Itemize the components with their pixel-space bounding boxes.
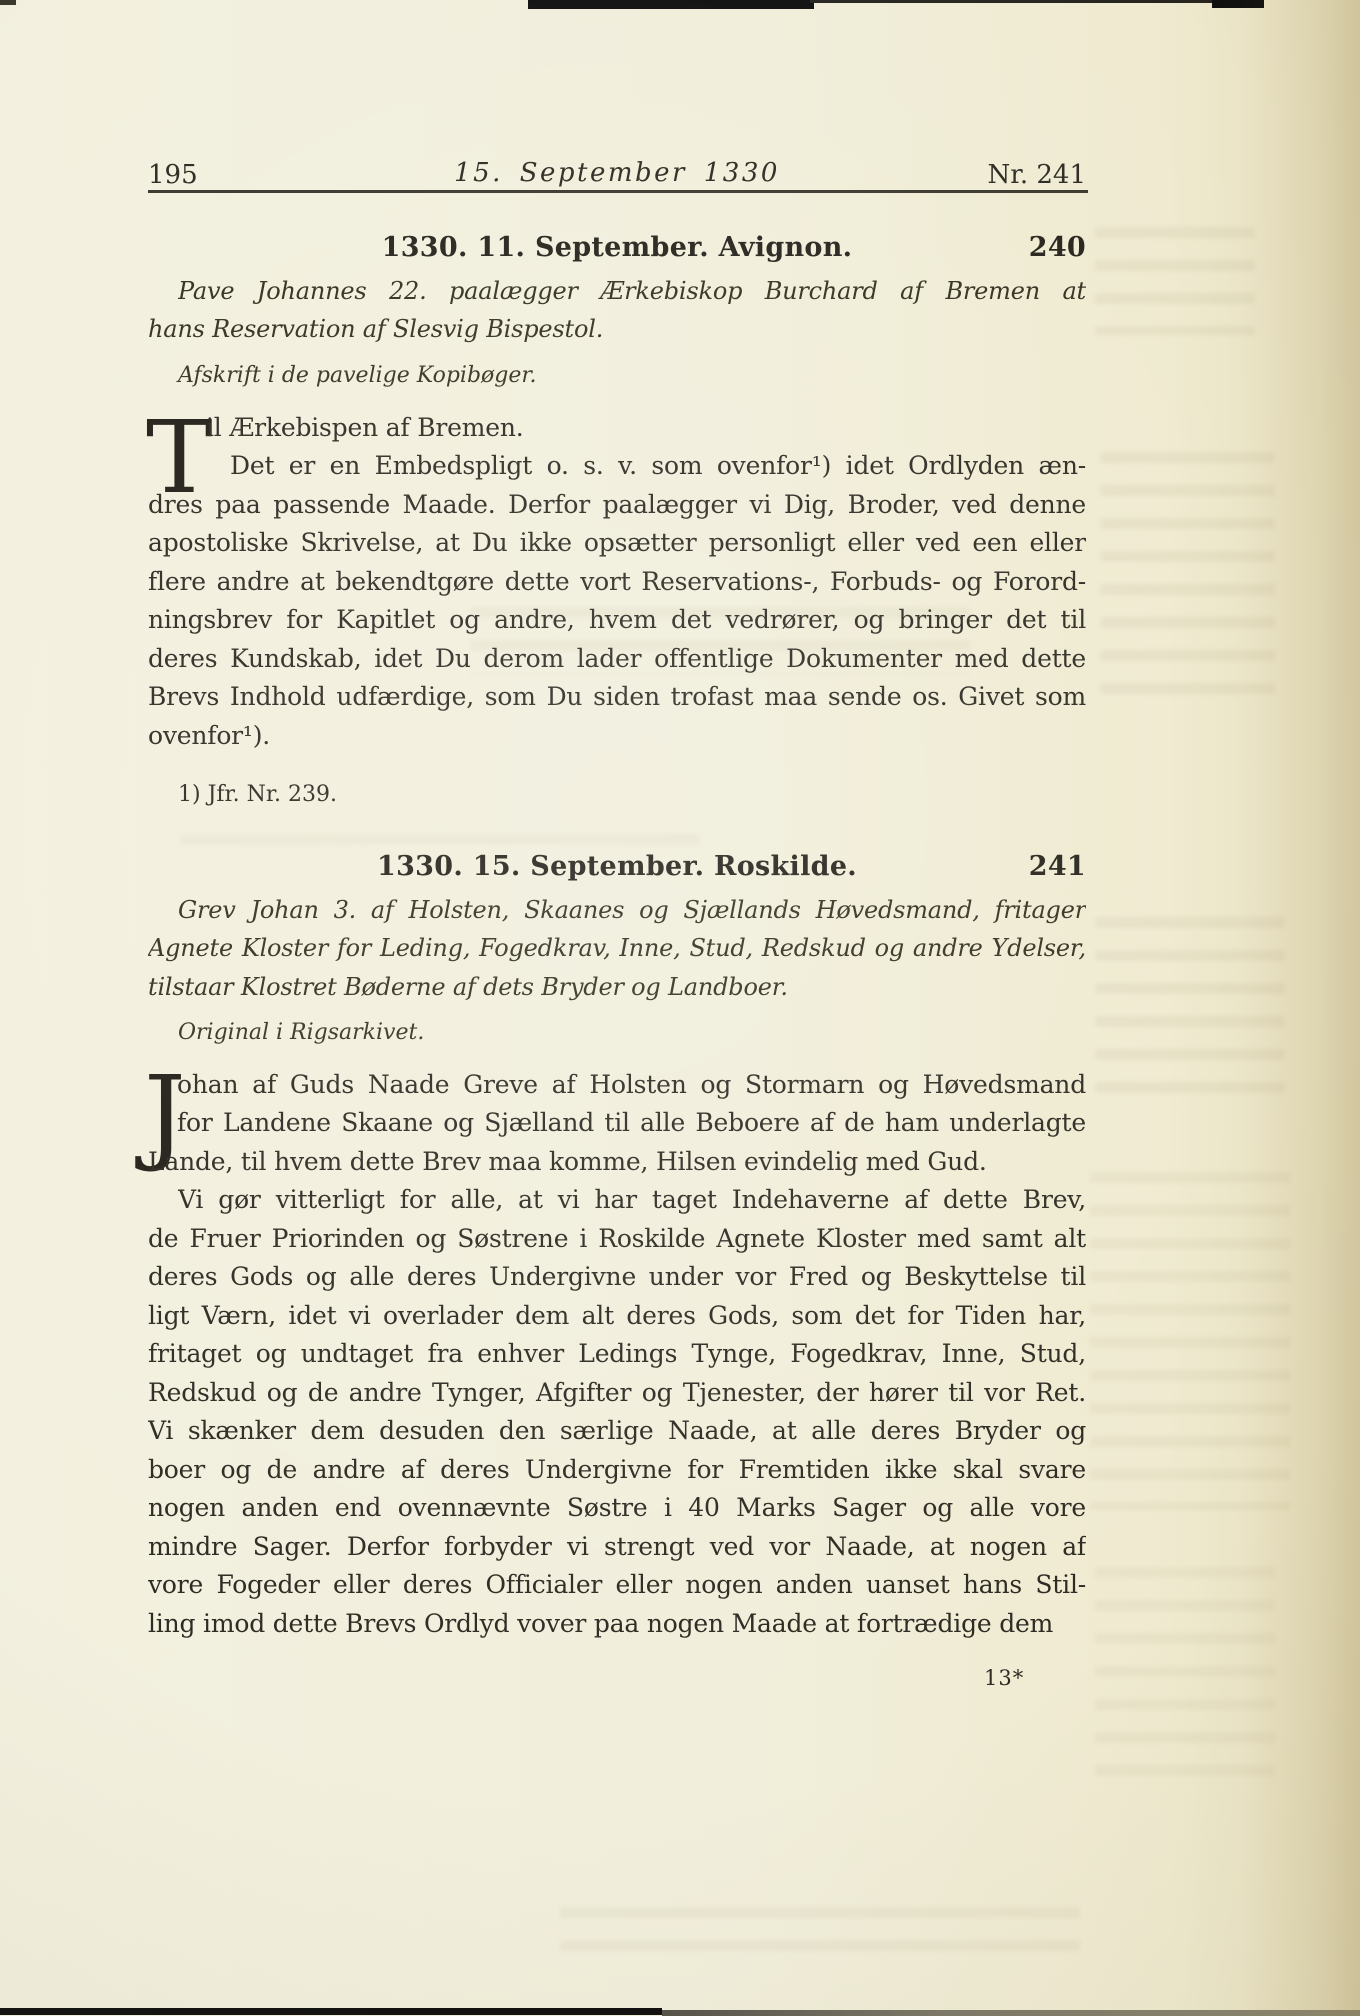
body-line: for Landene Skaane og Sjælland til alle … — [177, 1103, 1086, 1142]
bleed-through-patch — [1090, 1150, 1290, 1510]
entry-heading: 1330. 15. September. Roskilde. 241 — [148, 847, 1086, 886]
summary-line: tilstaar Klostret Bøderne af dets Bryder… — [148, 968, 788, 1007]
body-line: dres paa passende Maade. Derfor paalægge… — [148, 485, 1086, 524]
summary-line: Grev Johan 3. af Holsten, Skaanes og Sjæ… — [178, 891, 1086, 930]
book-page: 195 15. September 1330 Nr. 241 1330. 11.… — [0, 0, 1360, 2016]
entry-number: 240 — [1029, 228, 1086, 267]
bleed-through-patch — [1095, 205, 1255, 335]
summary-line: hans Reservation af Slesvig Bispestol. — [148, 310, 603, 349]
scan-bar-bottom-left — [0, 2008, 662, 2015]
body-line: deres Gods og alle deres Undergivne unde… — [148, 1257, 1086, 1296]
entry-footnote: 1) Jfr. Nr. 239. — [178, 779, 337, 811]
signature-mark: 13* — [984, 1666, 1024, 1690]
entry-heading: 1330. 11. September. Avignon. 240 — [148, 228, 1086, 267]
entry-source-note: Original i Rigsarkivet. — [178, 1017, 424, 1049]
body-line: vore Fogeder eller deres Officialer elle… — [148, 1565, 1086, 1604]
header-rule — [148, 190, 1088, 193]
body-line: il Ærkebispen af Bremen. — [206, 408, 524, 447]
bleed-through-patch — [1095, 1545, 1275, 1795]
entry-source-note: Afskrift i de pavelige Kopibøger. — [178, 360, 536, 392]
body-line: de Fruer Priorinden og Søstrene i Roskil… — [148, 1219, 1086, 1258]
body-line: deres Kundskab, idet Du derom lader offe… — [148, 639, 1086, 678]
header-issue-ref: Nr. 241 — [148, 158, 1086, 192]
bleed-through-patch — [1100, 430, 1275, 700]
entry-date-heading: 1330. 11. September. Avignon. — [382, 232, 853, 263]
scan-line-top-right — [810, 0, 1230, 3]
entry-date-heading: 1330. 15. September. Roskilde. — [377, 851, 857, 882]
body-line: flere andre at bekendtgøre dette vort Re… — [148, 562, 1086, 601]
summary-line: Pave Johannes 22. paalægger Ærkebiskop B… — [178, 272, 1086, 311]
scan-mark-top-far-right — [1212, 0, 1264, 8]
entry-number: 241 — [1029, 847, 1086, 886]
body-line: Brevs Indhold udfærdige, som Du siden tr… — [148, 677, 1086, 716]
body-line: Vi skænker dem desuden den særlige Naade… — [148, 1411, 1086, 1450]
body-line: ligt Værn, idet vi overlader dem alt der… — [148, 1296, 1086, 1335]
body-line: Lande, til hvem dette Brev maa komme, Hi… — [148, 1142, 987, 1181]
body-line: ovenfor¹). — [148, 716, 270, 755]
body-line: Redskud og de andre Tynger, Afgifter og … — [148, 1373, 1086, 1412]
body-line: boer og de andre af deres Undergivne for… — [148, 1450, 1086, 1489]
body-line: nogen anden end ovennævnte Søstre i 40 M… — [148, 1488, 1086, 1527]
body-line: ling imod dette Brevs Ordlyd vover paa n… — [148, 1604, 1053, 1643]
bleed-through-patch — [560, 1885, 1080, 1970]
page-right-edge-shadow — [1240, 0, 1360, 2016]
bleed-through-patch — [1095, 895, 1285, 1105]
body-line: Vi gør vitterligt for alle, at vi har ta… — [178, 1180, 1086, 1219]
body-line: Det er en Embedspligt o. s. v. som ovenf… — [230, 446, 1086, 485]
summary-line: Agnete Kloster for Leding, Fogedkrav, In… — [148, 929, 1086, 968]
body-line: ningsbrev for Kapitlet og andre, hvem de… — [148, 600, 1086, 639]
body-line: mindre Sager. Derfor forbyder vi strengt… — [148, 1527, 1086, 1566]
scan-mark-top-left — [0, 0, 16, 5]
body-line: apostoliske Skrivelse, at Du ikke opsætt… — [148, 523, 1086, 562]
scan-bar-top-center — [528, 0, 814, 9]
scan-bar-bottom-right — [662, 2010, 1360, 2016]
body-line: ohan af Guds Naade Greve af Holsten og S… — [177, 1065, 1086, 1104]
body-line: fritaget og undtaget fra enhver Ledings … — [148, 1334, 1086, 1373]
